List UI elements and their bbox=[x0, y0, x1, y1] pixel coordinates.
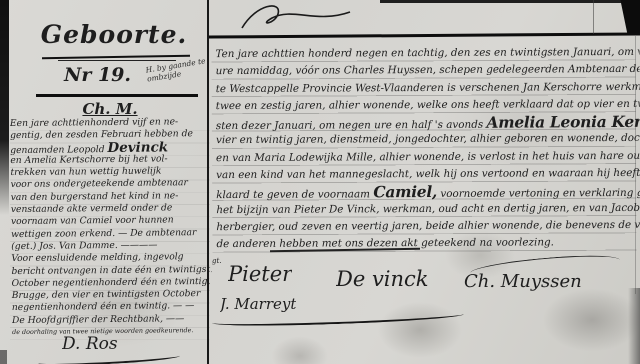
act-line: sten dezer Januari, om negen ure en half… bbox=[216, 113, 640, 133]
greffier-signature: D. Ros bbox=[62, 334, 118, 354]
act-line-text: voornoemde vertoning en verklaring gedaa… bbox=[437, 187, 640, 200]
act-line: en van Maria Lodewijka Mille, alhier won… bbox=[216, 148, 640, 168]
binding-edge-bottom bbox=[0, 350, 7, 364]
act-line: herbergier, oud zeven en veertig jaren, … bbox=[216, 217, 640, 237]
act-line: vier en twintig jaren, dienstmeid, jonge… bbox=[216, 130, 640, 150]
act-type-heading: Geboorte. bbox=[38, 20, 190, 49]
act-line: te Westcappelle Provincie West-Vlaandere… bbox=[216, 78, 640, 98]
column-divider-line bbox=[207, 0, 209, 364]
binding-edge bbox=[0, 0, 9, 215]
act-column: Ten jare achttien honderd negen en tacht… bbox=[212, 0, 640, 364]
act-line: het bijzijn van Pieter De Vinck, werkman… bbox=[216, 200, 640, 220]
margin-line: wettigen zoon erkend. — De ambtenaar bbox=[11, 227, 211, 241]
heading-underline bbox=[42, 55, 190, 60]
heading-underline-2 bbox=[58, 60, 176, 61]
act-line: van een kind van het mannegeslacht, welk… bbox=[216, 165, 640, 185]
margin-line: gentig, den zesden Februari hebben de bbox=[10, 128, 210, 142]
signature-mark: gt. bbox=[212, 257, 222, 265]
act-line-text: sten dezer Januari, om negen ure en half… bbox=[216, 119, 487, 132]
clerk-initials: Ch. M. bbox=[62, 100, 158, 118]
act-line-text: klaard te geven de voornaam bbox=[216, 189, 373, 202]
margin-line: voor ons ondergeteekende ambtenaar bbox=[10, 177, 210, 191]
witness1-signature-first: Pieter bbox=[228, 262, 292, 286]
act-top-rule bbox=[209, 32, 640, 38]
separator-rule bbox=[36, 94, 198, 97]
page-edge-shadow bbox=[628, 288, 640, 364]
witness2-signature: J. Marreyt bbox=[220, 295, 296, 313]
pen-flourish-icon bbox=[238, 2, 358, 32]
act-line: Ten jare achttien honderd negen en tacht… bbox=[215, 44, 639, 64]
child-name-bold: Camiel, bbox=[373, 182, 437, 201]
header-vertical-line bbox=[593, 0, 594, 34]
act-line: twee en zestig jaren, alhier wonende, we… bbox=[216, 96, 640, 116]
page-edge-line bbox=[635, 36, 636, 294]
act-number: Nr 19. bbox=[40, 64, 155, 86]
corner-ink-blot bbox=[612, 0, 640, 34]
act-text: Ten jare achttien honderd negen en tacht… bbox=[215, 44, 640, 254]
witness1-signature-last: De vinck bbox=[336, 267, 429, 291]
margin-column: Geboorte. Nr 19. H. by gaande te ombzijd… bbox=[10, 0, 208, 364]
page-top-edge bbox=[380, 0, 640, 3]
margin-note-paragraph: Een jare achttienhonderd vijf en ne- gen… bbox=[10, 116, 212, 338]
mother-name-bold: Amelia Leonia Kerschorre, bbox=[486, 113, 639, 132]
register-page: Geboorte. Nr 19. H. by gaande te ombzijd… bbox=[0, 0, 640, 364]
act-line: ure namiddag, vóór ons Charles Huyssen, … bbox=[216, 61, 640, 81]
act-line: klaard te geven de voornaam Camiel, voor… bbox=[216, 182, 640, 202]
